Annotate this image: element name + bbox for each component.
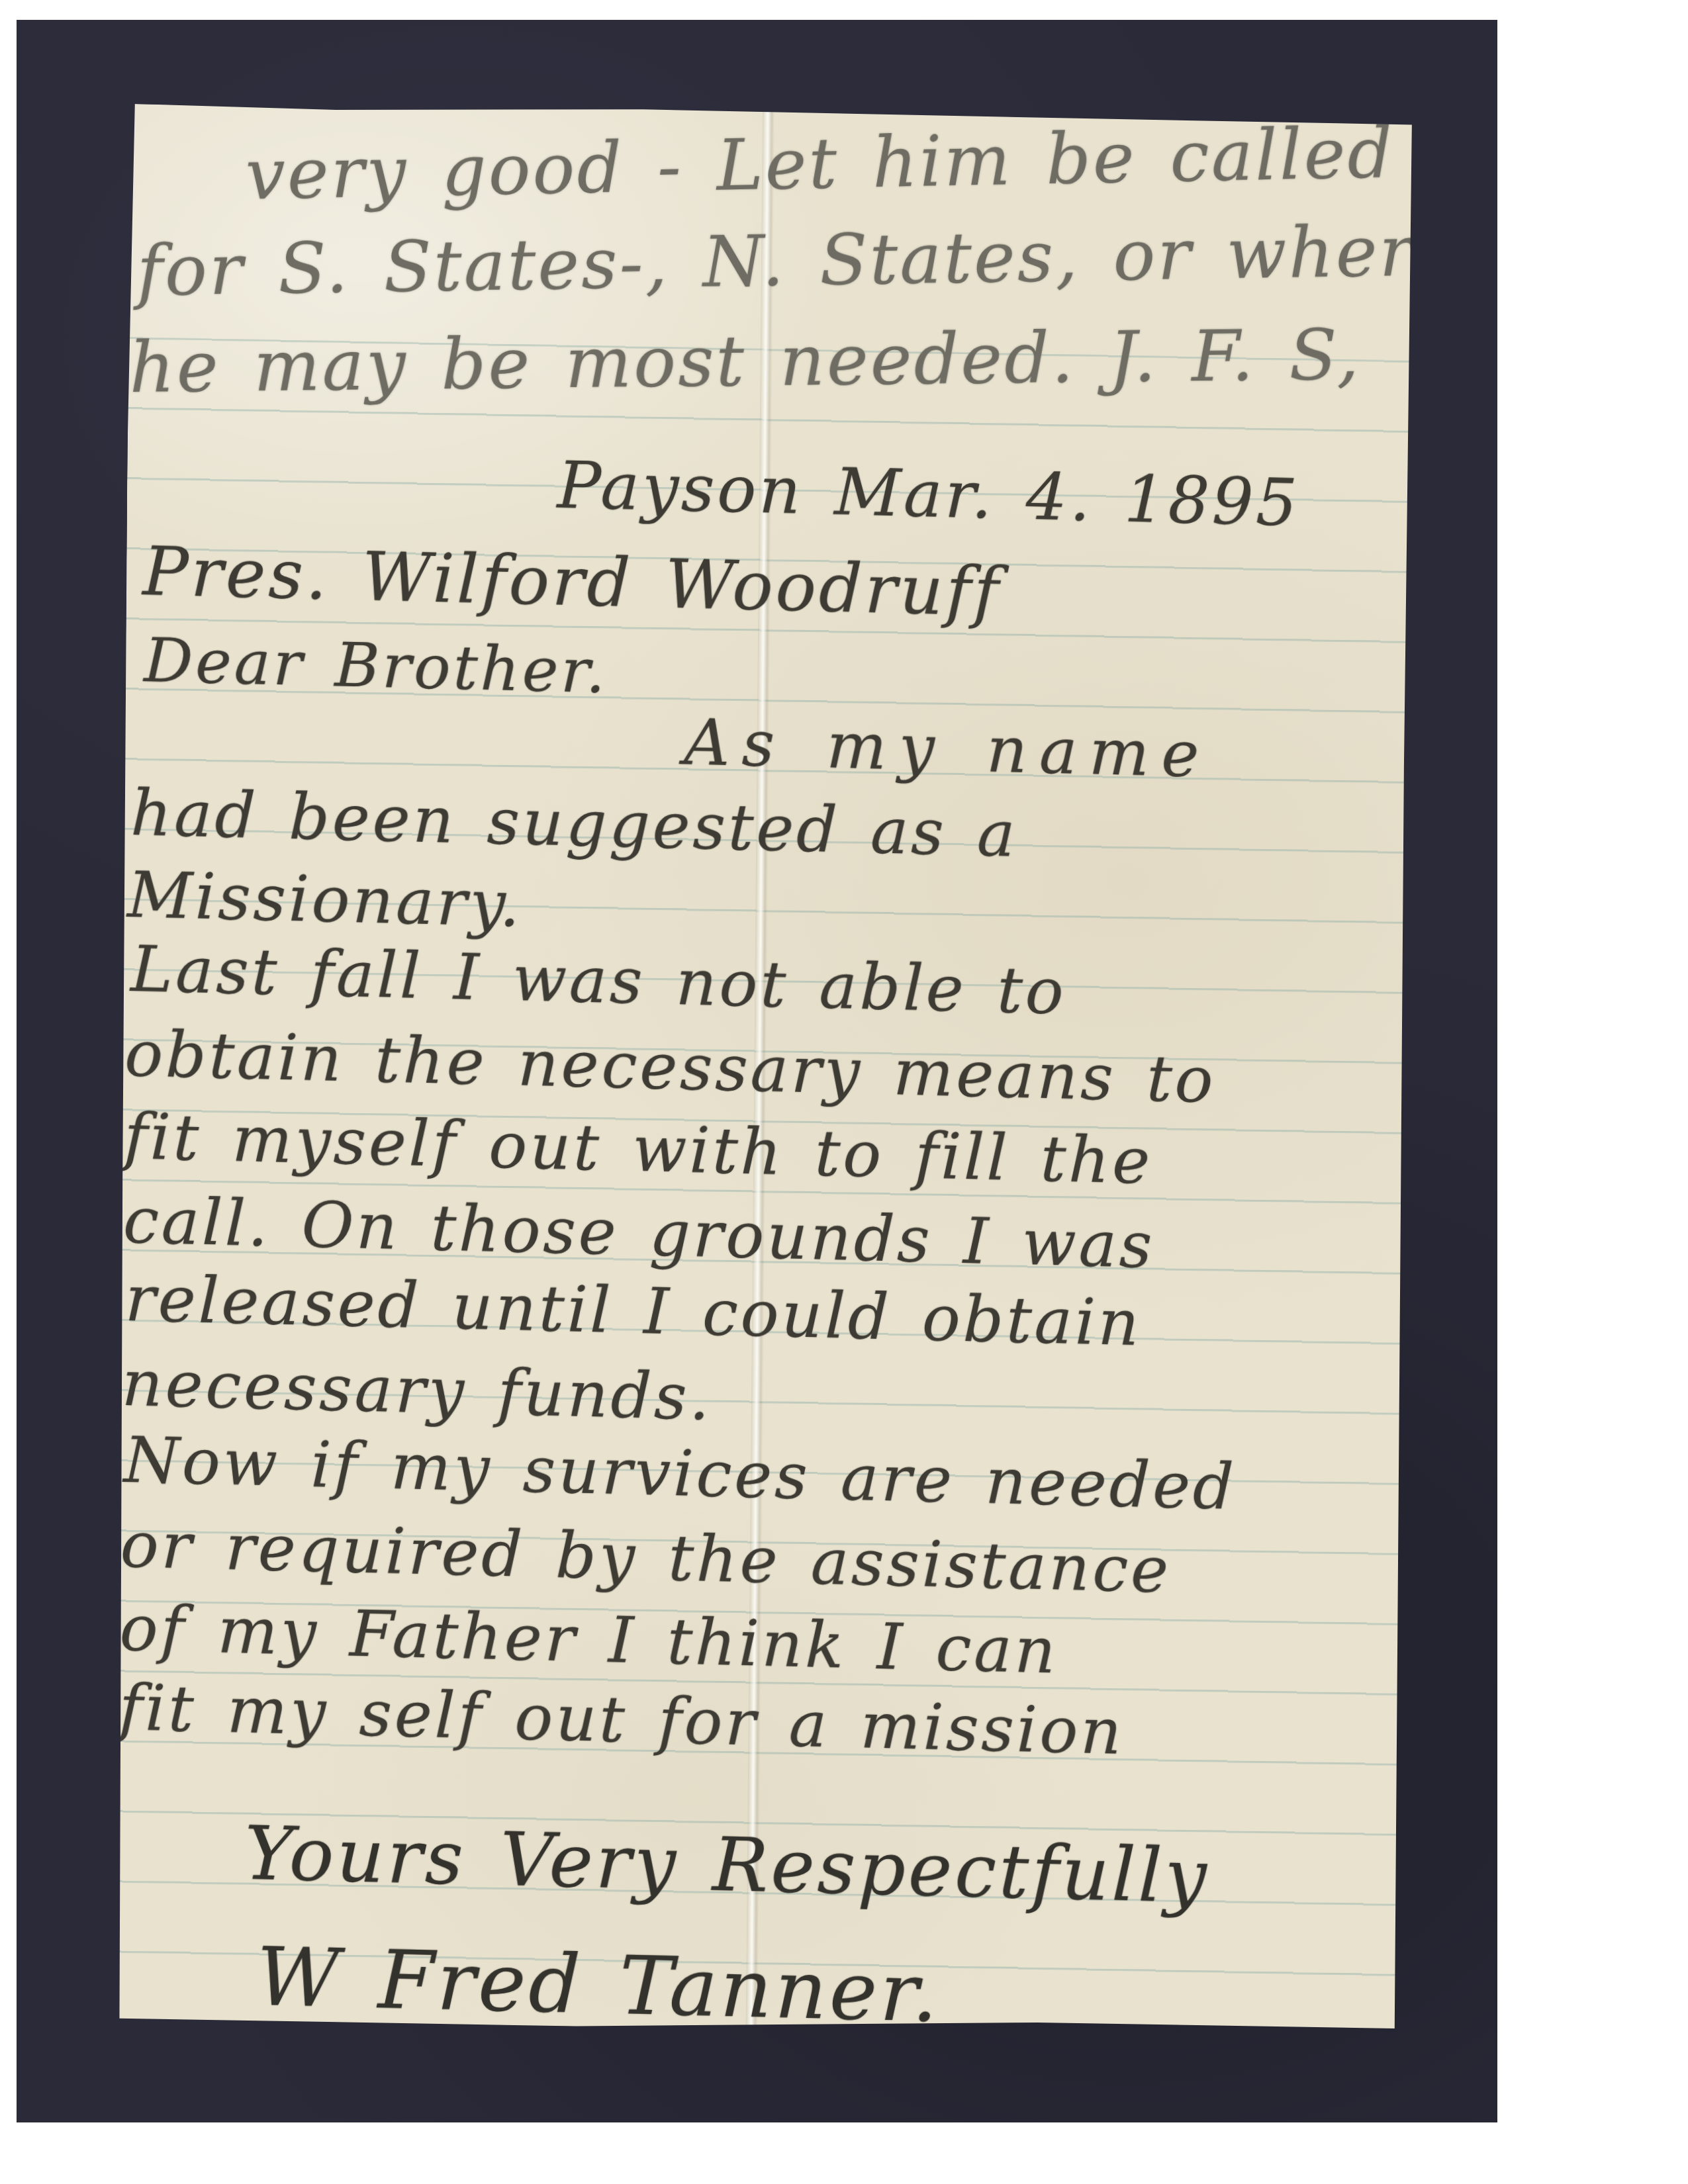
letter-body-line: As my name xyxy=(683,705,1211,792)
letter-salutation: Dear Brother. xyxy=(143,625,608,707)
annotation-line: for S. States-, N. States, or wherever xyxy=(136,208,1413,312)
annotation-line: very good - Let him be called xyxy=(245,113,1395,215)
photo-mat: very good - Let him be called for S. Sta… xyxy=(17,20,1497,2122)
letter-signature: W Fred Tanner. xyxy=(256,1931,942,2034)
letter-body-line: necessary funds. xyxy=(121,1347,713,1434)
annotation-line: he may be most needed. J. F. S, xyxy=(129,315,1362,408)
letter-body-line: Missionary. xyxy=(126,858,524,941)
scan-page: very good - Let him be called for S. Sta… xyxy=(0,0,1688,2184)
letter-paper: very good - Let him be called for S. Sta… xyxy=(114,104,1413,2034)
